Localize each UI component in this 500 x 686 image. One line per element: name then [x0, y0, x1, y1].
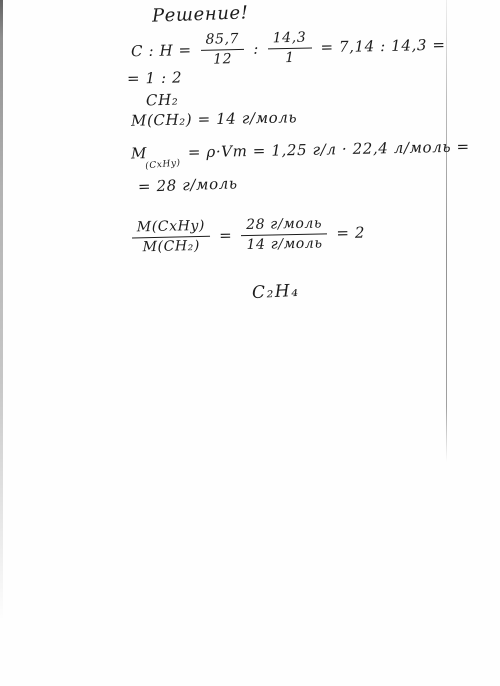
molar-ratio-right-denominator: 14 г/моль [246, 234, 322, 252]
final-molecular-formula: C₂H₄ [252, 282, 300, 304]
molar-mass-subscript: (CxHy) [145, 158, 181, 172]
hydrogen-fraction: 14,3 1 [268, 31, 312, 66]
molar-mass-gas-equation: M(CxHy) = ρ·Vm = 1,25 г/л · 22,4 л/моль … [131, 138, 470, 162]
ratio-lead: C : H = [131, 42, 192, 61]
molar-mass-symbol: M [131, 144, 147, 162]
molar-mass-ch2-line: M(CH₂) = 14 г/моль [131, 109, 298, 130]
molar-ratio-equals: = [219, 227, 233, 245]
scan-edge-artifact-left [0, 0, 3, 640]
molar-mass-gas-result: = 28 г/моль [138, 175, 238, 196]
paper-crease-line [446, 0, 447, 462]
empirical-formula: CH₂ [146, 91, 179, 109]
hydrogen-fraction-numerator: 14,3 [268, 31, 312, 50]
ratio-separator: : [253, 40, 259, 57]
molar-ratio-left-denominator: M(CH₂) [142, 237, 200, 255]
ratio-result: = 1 : 2 [127, 69, 183, 87]
ratio-tail: = 7,14 : 14,3 = [320, 36, 445, 56]
scanned-notebook-page: Решение! C : H = 85,7 12 : 14,3 1 = 7,14… [0, 0, 500, 686]
molar-ratio-left-numerator: M(CxHy) [132, 219, 211, 238]
molar-ratio-equation: M(CxHy) M(CH₂) = 28 г/моль 14 г/моль = 2 [132, 216, 366, 255]
carbon-fraction: 85,7 12 [200, 32, 244, 67]
carbon-fraction-numerator: 85,7 [200, 32, 244, 51]
molar-ratio-left-fraction: M(CxHy) M(CH₂) [132, 219, 211, 255]
molar-ratio-right-numerator: 28 г/моль [241, 216, 327, 235]
atomic-ratio-equation: C : H = 85,7 12 : 14,3 1 = 7,14 : 14,3 = [131, 28, 446, 69]
molar-mass-gas-expression: = ρ·Vm = 1,25 г/л · 22,4 л/моль = [188, 137, 470, 161]
hydrogen-fraction-denominator: 1 [285, 49, 295, 66]
carbon-fraction-denominator: 12 [213, 50, 232, 67]
solution-heading: Решение! [152, 3, 249, 27]
molar-ratio-right-fraction: 28 г/моль 14 г/моль [241, 216, 328, 252]
molar-ratio-result: = 2 [336, 224, 365, 242]
